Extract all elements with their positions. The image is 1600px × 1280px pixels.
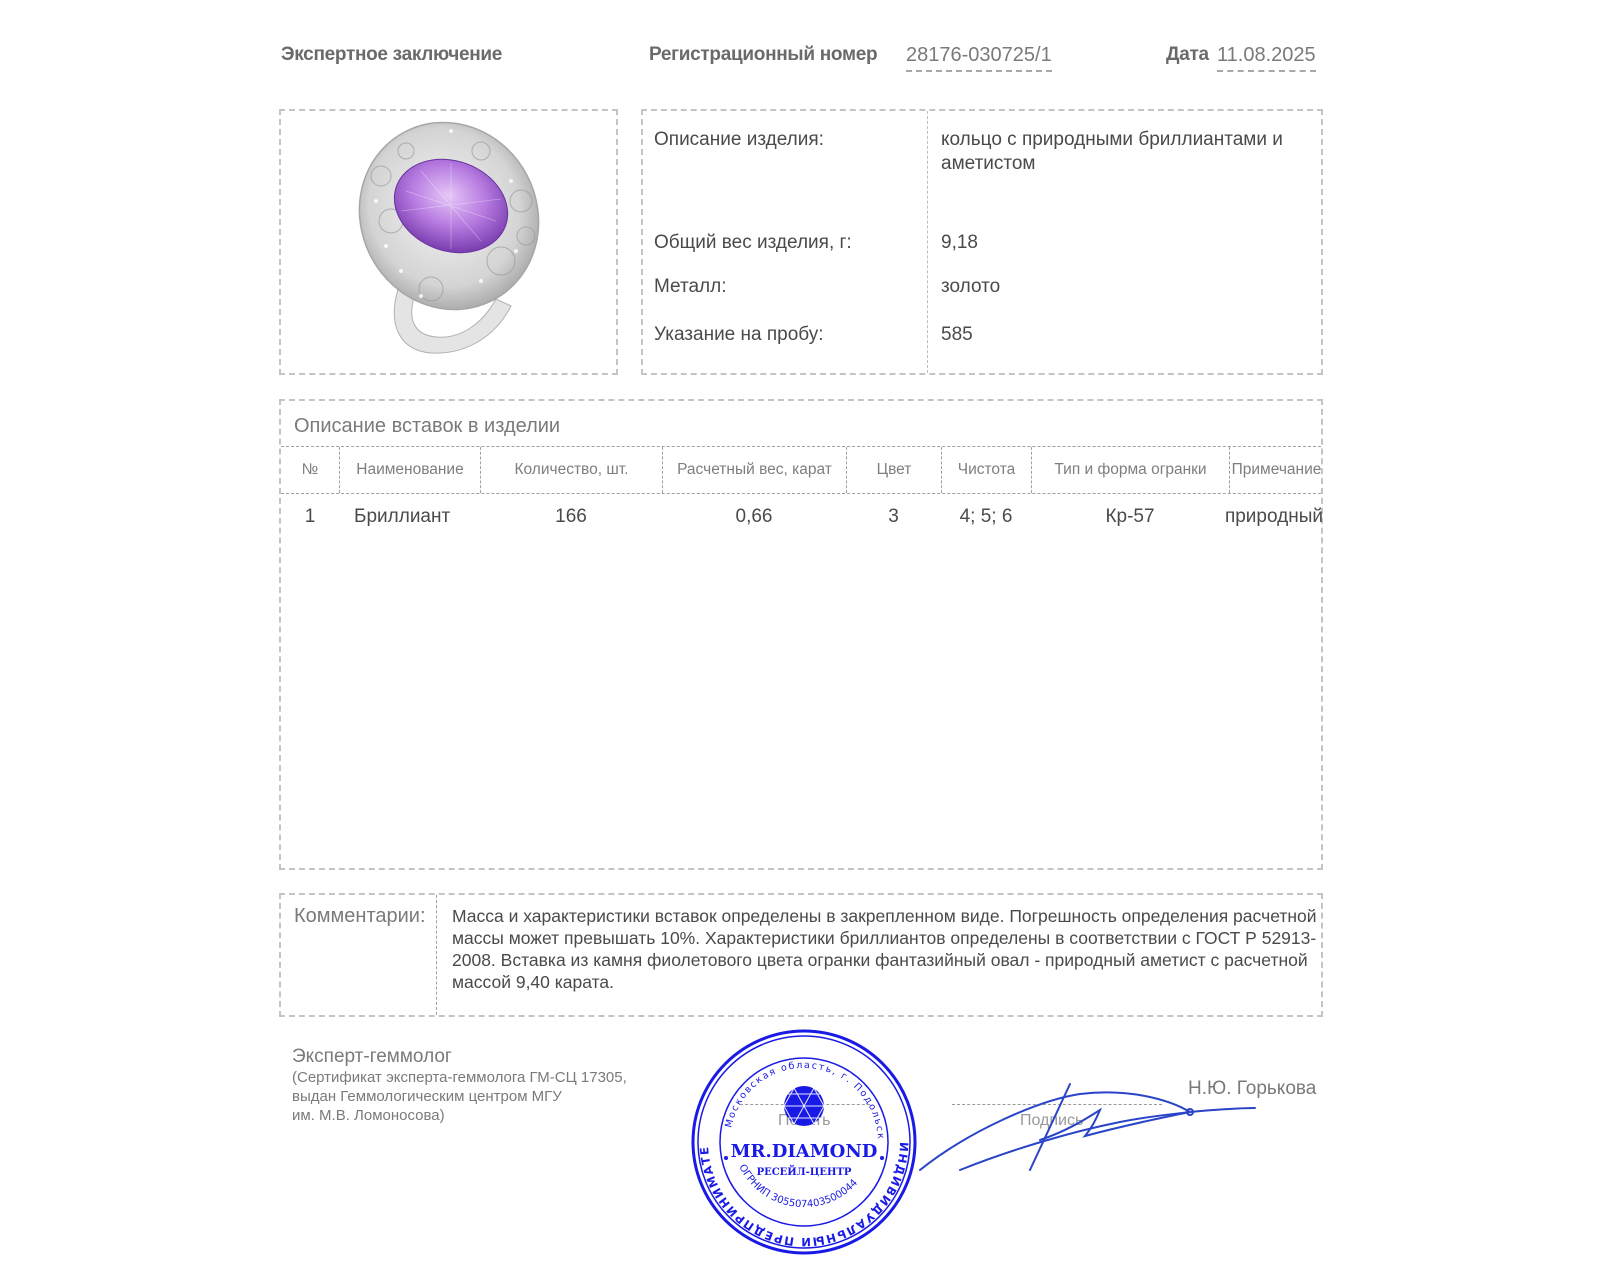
- inserts-table-header: № Наименование Количество, шт. Расчетный…: [281, 446, 1321, 494]
- comments-text: Масса и характеристики вставок определен…: [452, 905, 1332, 993]
- stamp-brand: MR.DIAMOND: [731, 1141, 878, 1162]
- registration-number-value: 28176-030725/1: [906, 44, 1052, 72]
- item-info-box: Описание изделия: кольцо с природными бр…: [641, 109, 1323, 375]
- expert-certificate-line: (Сертификат эксперта-геммолога ГМ-СЦ 173…: [292, 1068, 627, 1087]
- date-value: 11.08.2025: [1217, 44, 1316, 72]
- stamp-subtitle: РЕСЕЙЛ-ЦЕНТР: [757, 1165, 852, 1178]
- column-header-note: Примечание: [1229, 447, 1323, 493]
- comments-box: Комментарии: Масса и характеристики вста…: [279, 893, 1323, 1017]
- expert-block: Эксперт-геммолог (Сертификат эксперта-ге…: [292, 1046, 627, 1125]
- product-image: [281, 111, 616, 373]
- product-image-box: [279, 109, 618, 375]
- expert-certificate-line: выдан Геммологическим центром МГУ: [292, 1087, 627, 1106]
- metal-label: Металл:: [654, 275, 726, 299]
- inserts-table-box: Описание вставок в изделии № Наименовани…: [279, 399, 1323, 870]
- signature-scribble: [900, 1070, 1260, 1180]
- column-header-quantity: Количество, шт.: [480, 447, 662, 493]
- expert-certificate-line: им. М.В. Ломоносова): [292, 1106, 627, 1125]
- info-divider: [927, 111, 928, 373]
- cell-clarity: 4; 5; 6: [941, 506, 1031, 528]
- column-header-cut: Тип и форма огранки: [1031, 447, 1229, 493]
- document-title: Экспертное заключение: [281, 44, 502, 66]
- cell-quantity: 166: [480, 506, 662, 528]
- inserts-section-title: Описание вставок в изделии: [294, 415, 560, 438]
- cell-cut: Кр-57: [1031, 506, 1229, 528]
- registration-number-label: Регистрационный номер: [649, 44, 877, 66]
- comments-divider: [436, 895, 437, 1015]
- column-header-clarity: Чистота: [941, 447, 1031, 493]
- column-header-color: Цвет: [846, 447, 941, 493]
- comments-label: Комментарии:: [294, 905, 426, 928]
- expert-title: Эксперт-геммолог: [292, 1046, 627, 1068]
- hallmark-label: Указание на пробу:: [654, 323, 824, 347]
- column-header-weight: Расчетный вес, карат: [662, 447, 846, 493]
- cell-color: 3: [846, 506, 941, 528]
- cell-number: 1: [281, 506, 339, 528]
- date-label: Дата: [1166, 44, 1209, 66]
- column-header-name: Наименование: [339, 447, 480, 493]
- cell-note: природный: [1219, 506, 1323, 528]
- metal-value: золото: [941, 275, 1000, 299]
- total-weight-label: Общий вес изделия, г:: [654, 231, 852, 255]
- diamond-logo-icon: [784, 1086, 824, 1126]
- cell-weight: 0,66: [662, 506, 846, 528]
- cell-name: Бриллиант: [354, 506, 450, 528]
- column-header-number: №: [281, 447, 339, 493]
- item-description-label: Описание изделия:: [654, 128, 824, 152]
- hallmark-value: 585: [941, 323, 973, 347]
- company-stamp: ИНДИВИДУАЛЬНЫЙ ПРЕДПРИНИМАТЕЛЬ МАТВЕЕВ Е…: [690, 1028, 918, 1256]
- item-description-value: кольцо с природными бриллиантами и амети…: [941, 128, 1313, 176]
- total-weight-value: 9,18: [941, 231, 978, 255]
